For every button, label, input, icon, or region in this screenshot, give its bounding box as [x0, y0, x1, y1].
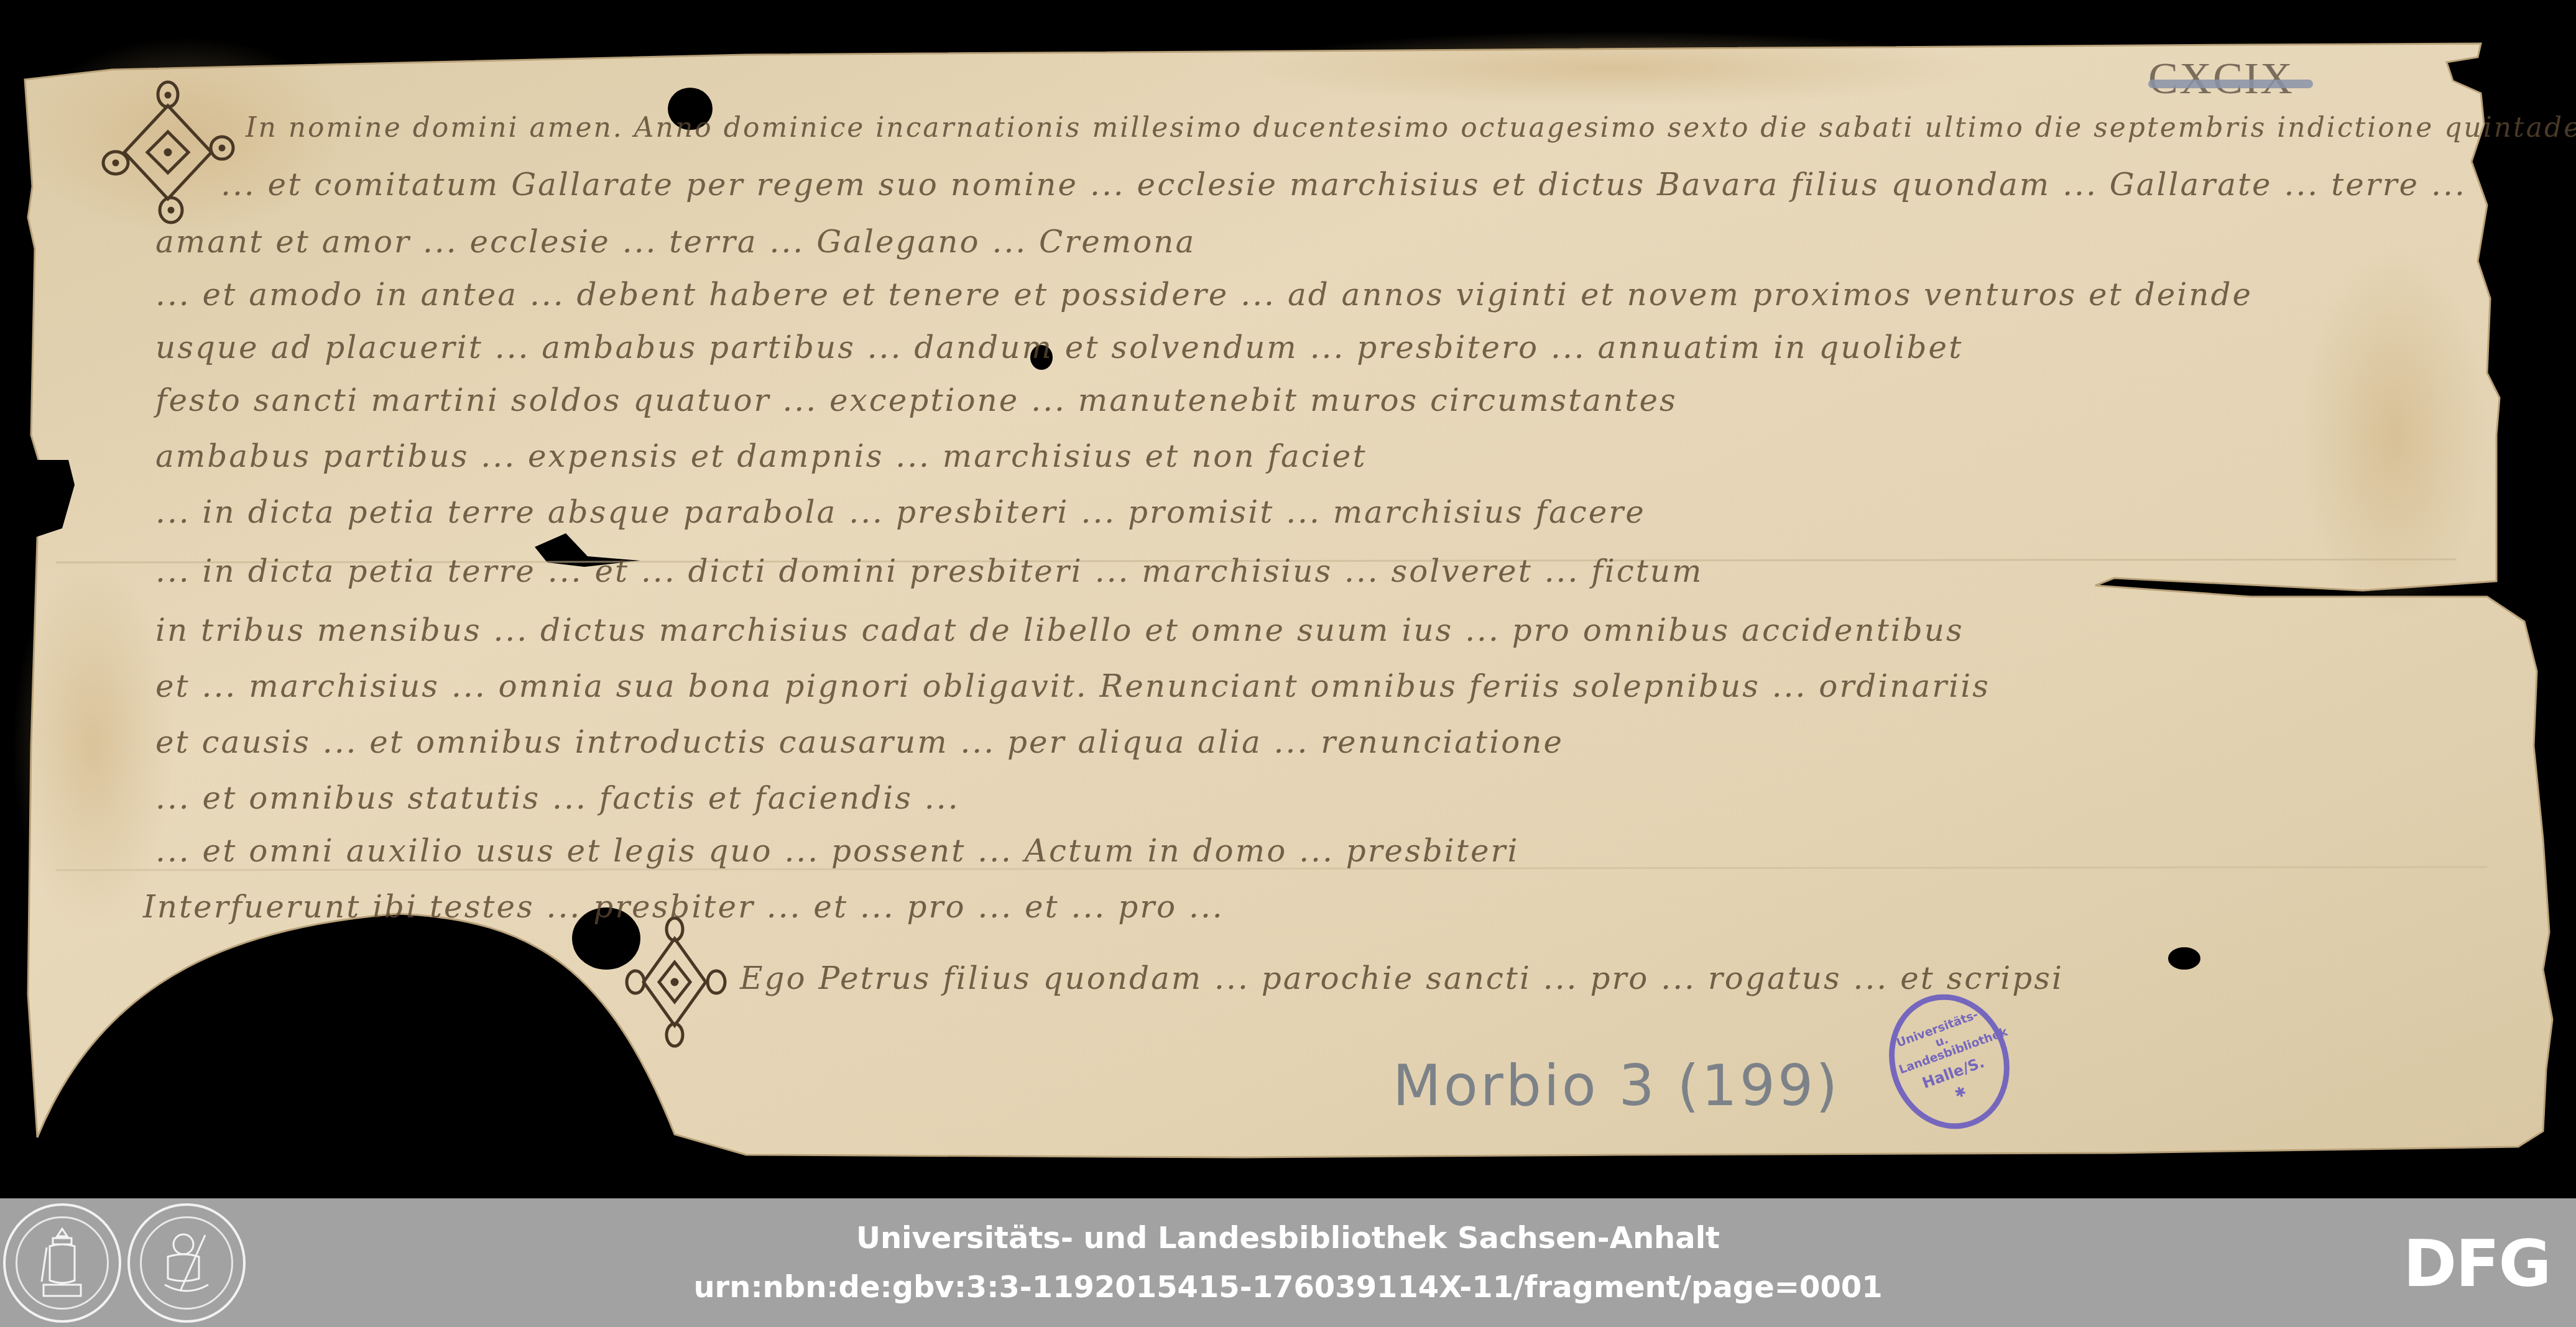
text-line: In nomine domini amen. Anno dominice inc…	[246, 112, 2576, 144]
text-line: ... et omnibus statutis ... factis et fa…	[155, 780, 960, 816]
text-line: ... et omni auxilio usus et legis quo ..…	[155, 833, 1519, 869]
dfg-logo: DFG	[2403, 1231, 2551, 1296]
pencil-shelfmark: Morbio 3 (199)	[1393, 1054, 1840, 1119]
footer-bar: Universitäts- und Landesbibliothek Sachs…	[0, 1198, 2576, 1327]
text-line: ... et amodo in antea ... debent habere …	[155, 277, 2253, 313]
text-line: Interfuerunt ibi testes ... presbiter ..…	[143, 889, 1224, 925]
urn-identifier[interactable]: urn:nbn:de:gbv:3:3-1192015415-176039114X…	[0, 1270, 2576, 1305]
hole	[2168, 947, 2200, 970]
text-line: Ego Petrus filius quondam ... parochie s…	[740, 960, 2064, 996]
text-line: et causis ... et omnibus introductis cau…	[155, 724, 1564, 760]
archival-number: CXCIX	[2148, 53, 2294, 104]
text-line: ... et comitatum Gallarate per regem suo…	[221, 167, 2467, 203]
text-line: in tribus mensibus ... dictus marchisius…	[155, 612, 1964, 648]
institution-name: Universitäts- und Landesbibliothek Sachs…	[0, 1221, 2576, 1256]
text-line: usque ad placuerit ... ambabus partibus …	[155, 329, 1963, 365]
archival-number-strikethrough	[2148, 80, 2313, 88]
text-line: amant et amor ... ecclesie ... terra ...…	[155, 224, 1196, 260]
text-line: ... in dicta petia terre absque parabola…	[155, 494, 1646, 530]
text-line: et ... marchisius ... omnia sua bona pig…	[155, 668, 1990, 704]
text-line: festo sancti martini soldos quatuor ... …	[155, 382, 1678, 418]
text-line: ambabus partibus ... expensis et dampnis…	[155, 438, 1367, 474]
image-viewer[interactable]: CXCIX In nomine domini amen. Anno domini…	[0, 0, 2576, 1198]
stamp-star-icon: ✱	[1952, 1083, 1969, 1102]
text-line: ... in dicta petia terre ... et ... dict…	[155, 553, 1703, 589]
